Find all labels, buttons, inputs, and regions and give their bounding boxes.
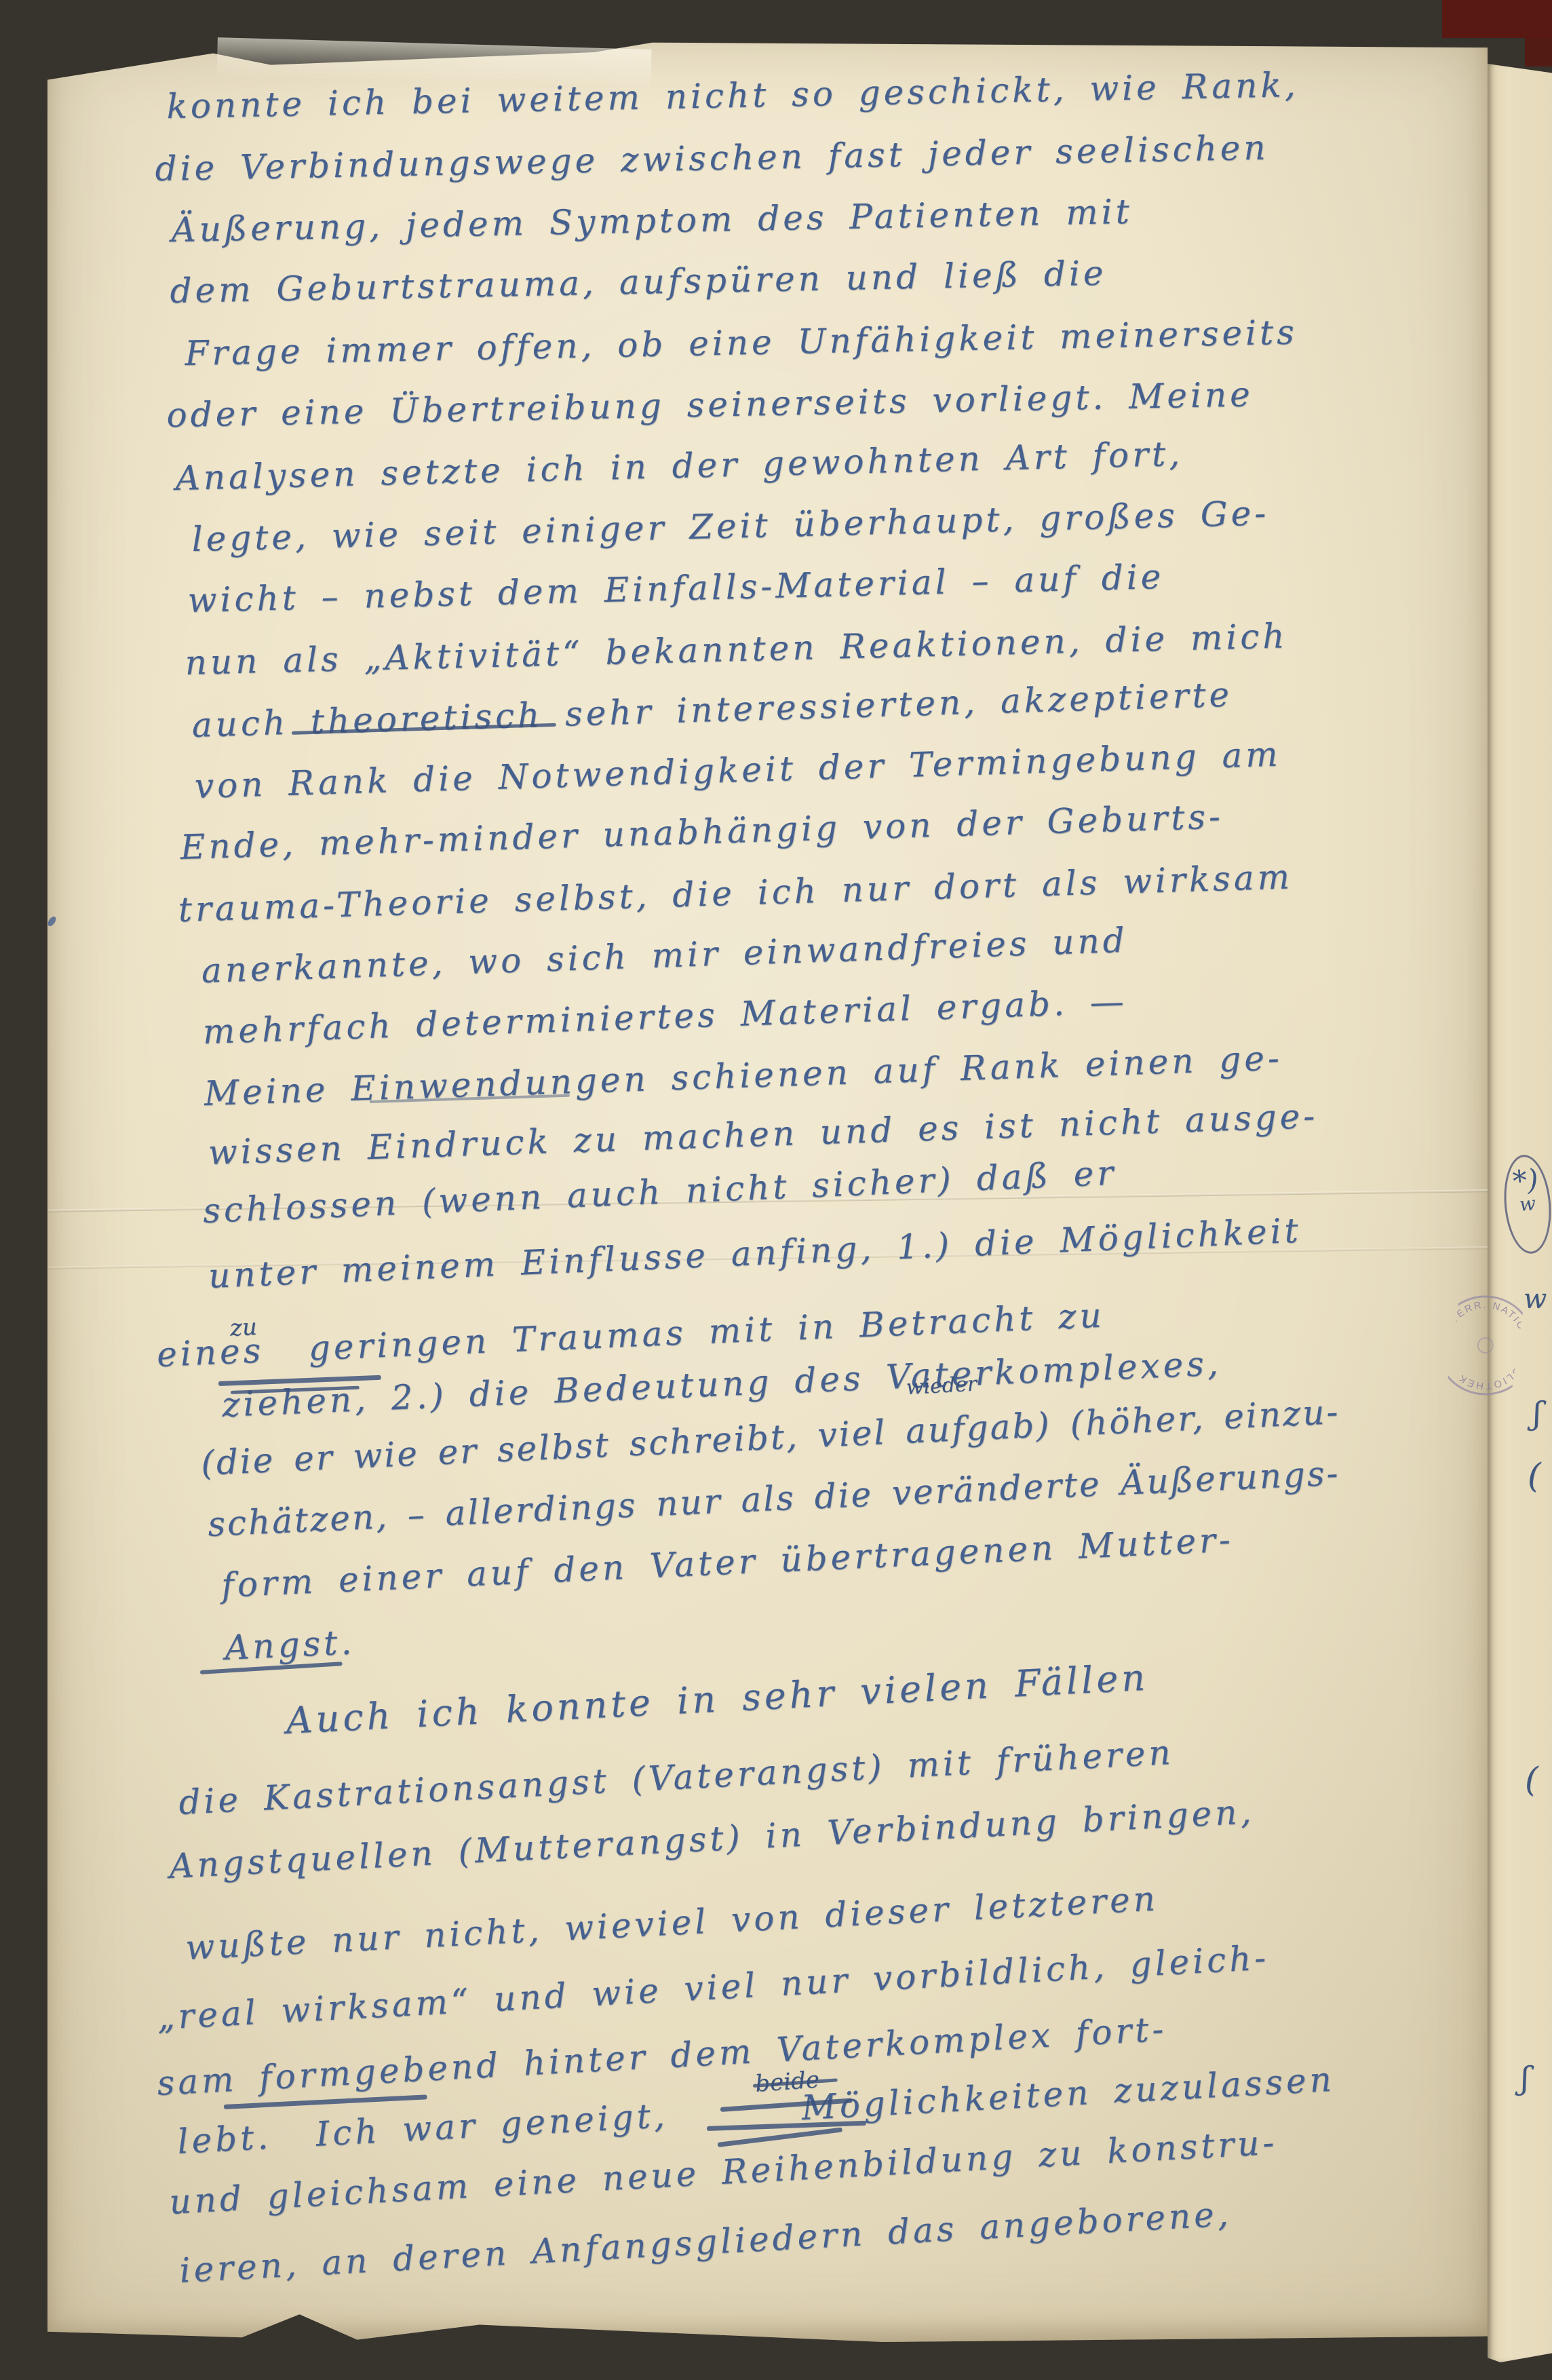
inserted-word: zu [229, 1313, 258, 1342]
binding-corner [1442, 0, 1552, 38]
inserted-word: wieder [906, 1373, 977, 1400]
handwritten-line: Angst. [224, 1622, 355, 1668]
edge-script-fragment: w [1524, 1284, 1547, 1315]
edge-script-fragment: ʃ [1521, 2060, 1530, 2096]
margin-star-mark: *) [1503, 1165, 1547, 1197]
edge-script-fragment: ( [1528, 1456, 1541, 1495]
margin-squiggle: w [1506, 1193, 1549, 1215]
binding-edge [1525, 38, 1552, 66]
edge-script-fragment: ʃ [1533, 1395, 1542, 1432]
edge-script-fragment: ( [1525, 1760, 1538, 1799]
scanned-letter-page: w ʃ ( ( ʃ konnte ich bei weitem nicht so… [0, 0, 1552, 2380]
